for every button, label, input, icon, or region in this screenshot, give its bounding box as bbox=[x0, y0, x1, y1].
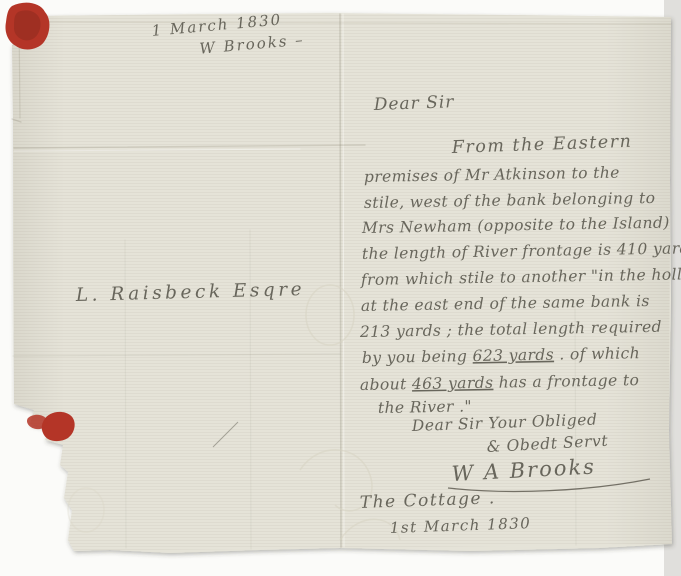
letter-line-frontage-suffix: has a frontage to bbox=[499, 371, 640, 391]
letter-line-river: the River ." bbox=[378, 397, 472, 417]
letter-total-yards-underlined: 623 yards bbox=[472, 346, 554, 365]
letter-line-frontage-prefix: about bbox=[360, 375, 412, 394]
letter-line-total-suffix: . of which bbox=[559, 344, 640, 363]
letter-line-total-prefix: by you being bbox=[362, 347, 473, 367]
fold-crease-vertical-center bbox=[340, 14, 341, 547]
letter-frontage-yards-underlined: 463 yards bbox=[411, 374, 494, 393]
letter-scan: 1 March 1830 W Brooks – L. Raisbeck Esqr… bbox=[0, 0, 681, 576]
letter-salutation: Dear Sir bbox=[372, 92, 454, 115]
